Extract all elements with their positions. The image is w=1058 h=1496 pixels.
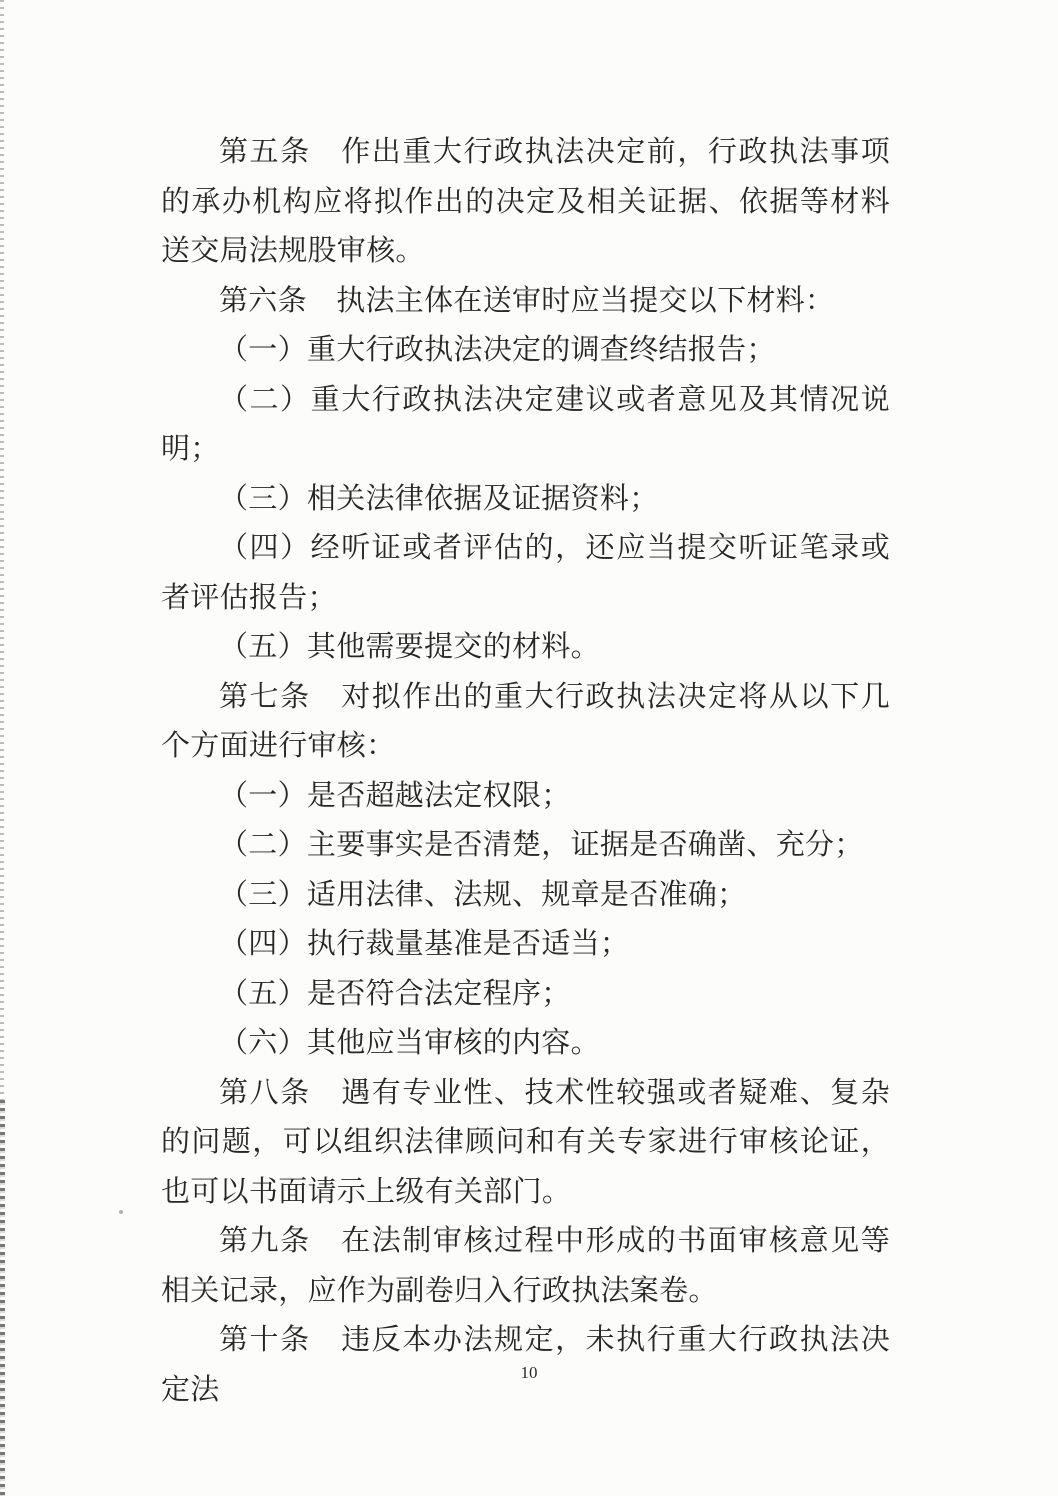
paragraph-article-6: 第六条 执法主体在送审时应当提交以下材料： xyxy=(161,277,890,327)
scan-noise-left-edge-bottom xyxy=(0,1100,5,1496)
paragraph-article-7-item-6: （六）其他应当审核的内容。 xyxy=(161,1019,890,1069)
paragraph-article-9: 第九条 在法制审核过程中形成的书面审核意见等相关记录，应作为副卷归入行政执法案卷… xyxy=(161,1217,890,1316)
scan-speck xyxy=(119,1210,123,1214)
paragraph-article-7-item-2: （二）主要事实是否清楚，证据是否确凿、充分； xyxy=(161,821,890,871)
scan-noise-left-edge-top xyxy=(0,0,4,1100)
page-number: 10 xyxy=(0,1362,1058,1384)
paragraph-article-7-item-4: （四）执行裁量基准是否适当； xyxy=(161,920,890,970)
paragraph-article-6-item-5: （五）其他需要提交的材料。 xyxy=(161,623,890,673)
scanned-document-page: 第五条 作出重大行政执法决定前，行政执法事项的承办机构应将拟作出的决定及相关证据… xyxy=(0,0,1058,1496)
paragraph-article-6-item-1: （一）重大行政执法决定的调查终结报告； xyxy=(161,326,890,376)
paragraph-article-8: 第八条 遇有专业性、技术性较强或者疑难、复杂的问题，可以组织法律顾问和有关专家进… xyxy=(161,1069,890,1218)
paragraph-article-5: 第五条 作出重大行政执法决定前，行政执法事项的承办机构应将拟作出的决定及相关证据… xyxy=(161,128,890,277)
document-body: 第五条 作出重大行政执法决定前，行政执法事项的承办机构应将拟作出的决定及相关证据… xyxy=(161,128,890,1415)
paragraph-article-6-item-4: （四）经听证或者评估的，还应当提交听证笔录或者评估报告； xyxy=(161,524,890,623)
paragraph-article-6-item-3: （三）相关法律依据及证据资料； xyxy=(161,475,890,525)
paragraph-article-7: 第七条 对拟作出的重大行政执法决定将从以下几个方面进行审核： xyxy=(161,673,890,772)
paragraph-article-7-item-3: （三）适用法律、法规、规章是否准确； xyxy=(161,871,890,921)
paragraph-article-7-item-1: （一）是否超越法定权限； xyxy=(161,772,890,822)
paragraph-article-7-item-5: （五）是否符合法定程序； xyxy=(161,970,890,1020)
paragraph-article-6-item-2: （二）重大行政执法决定建议或者意见及其情况说明； xyxy=(161,376,890,475)
